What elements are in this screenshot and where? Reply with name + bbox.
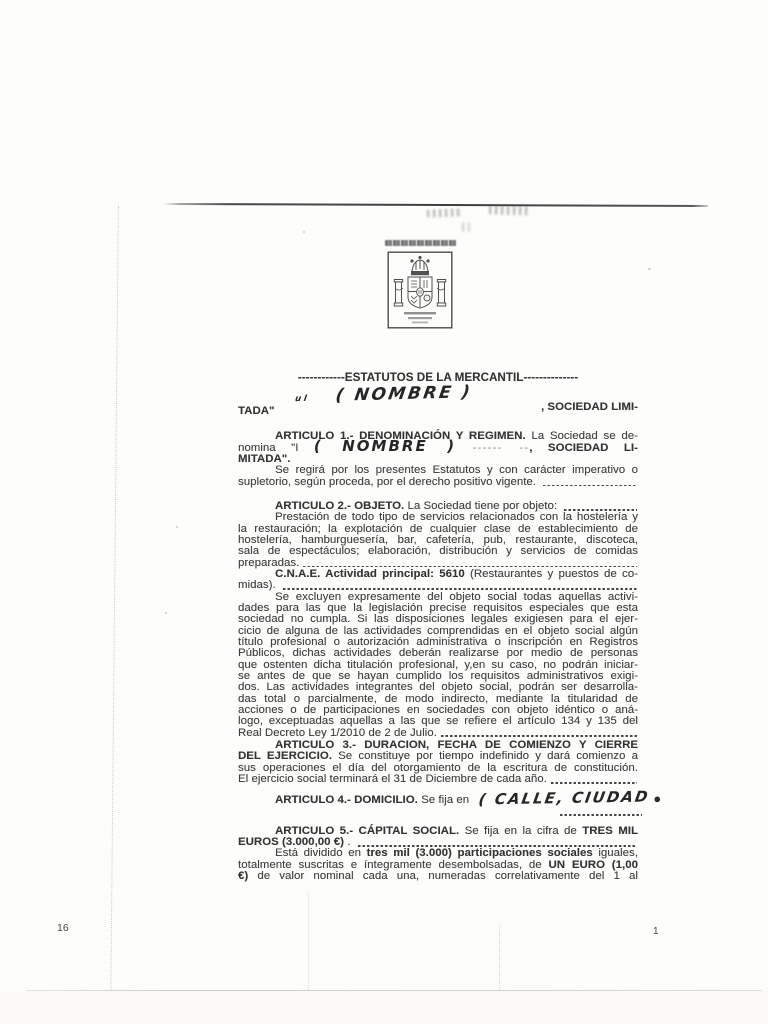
text-segment: sus operaciones el día del otorgamiento … (238, 762, 638, 774)
text-segment: sala de espectáculos; elaboración, distr… (238, 545, 638, 557)
text-segment: Real Decreto Ley 1/2010 de 2 de Julio. (238, 728, 437, 739)
subtitle-line: TADA" ul ( NOMBRE ) , SOCIEDAD LIMI- (238, 402, 638, 414)
text-segment: Se constituye por tiempo indefinido y da… (332, 750, 638, 762)
text-segment: El ejercicio social terminará el 31 de D… (238, 774, 547, 785)
dash-fill-line (543, 485, 637, 487)
text-line: Se regirá por los presentes Estatutos y … (238, 465, 638, 476)
text-segment: dades para las que la legislación precis… (238, 602, 638, 614)
scan-smudge (489, 205, 531, 215)
text-segment: Está dividido en (275, 847, 367, 859)
stamp-caption-smudge (385, 240, 457, 246)
text-segment: DEL EJERCICIO. (238, 750, 332, 762)
text-segment: TRES MIL (582, 825, 638, 837)
text-segment: das total o parcialmente, de modo indire… (238, 693, 638, 705)
text-line: Real Decreto Ley 1/2010 de 2 de Julio. (238, 728, 638, 739)
scan-edge-line-top (163, 203, 708, 207)
text-line: El ejercicio social terminará el 31 de D… (238, 774, 638, 785)
text-line (238, 807, 638, 818)
text-segment: (Restaurantes y puestos de co- (465, 568, 638, 580)
handwritten-text: ( CALLE, CIUDAD (478, 792, 651, 806)
article-paragraph: ARTICULO 5.- CÁPITAL SOCIAL. Se fija en … (238, 826, 638, 883)
text-segment: La Sociedad se de- (526, 430, 638, 442)
text-segment: la restauración; la explotación de cualq… (238, 523, 638, 535)
scan-smudge (462, 222, 470, 232)
article-paragraph: ARTICULO 3.- DURACION, FECHA DE COMIENZO… (238, 740, 638, 785)
text-segment: , SOCIEDAD LI- (529, 442, 638, 454)
text-segment: cicio de alguna de las actividades compr… (238, 625, 638, 637)
page-number-right: 1 (653, 926, 659, 937)
text-line: ARTICULO 4.- DOMICILIO. Se fija en( CALL… (238, 795, 638, 806)
text-segment: €) (238, 870, 248, 882)
text-segment: Prestación de todo tipo de servicios rel… (275, 511, 638, 523)
text-segment: Se fija en (418, 795, 469, 806)
text-segment: se antes de que se hayan cumplido los re… (238, 670, 638, 682)
text-segment: logo, exceptuadas aquellas a las que se … (238, 715, 638, 727)
scan-speck (648, 268, 651, 270)
spanish-coat-of-arms-stamp-icon (387, 251, 453, 329)
text-segment: Públicos, dichas actividades deberán rea… (238, 647, 638, 659)
text-segment: Se excluyen expresamente del objeto soci… (275, 591, 638, 603)
handwritten-mark: ul (294, 394, 310, 406)
text-segment: UN EURO (1,00 (549, 859, 639, 871)
text-segment: ARTICULO 4.- DOMICILIO. (275, 795, 418, 806)
text-segment: ------ -- (456, 442, 529, 454)
scan-speck (165, 612, 167, 614)
scan-speck (303, 231, 305, 233)
text-segment: sociedad no cumpla. Si las disposiciones… (238, 613, 638, 625)
subtitle-sociedad: , SOCIEDAD LIMI- (541, 402, 638, 413)
text-line: nomina "I ( NOMBRE ) ------ --, SOCIEDAD… (238, 443, 638, 454)
text-segment: de valor nominal cada una, numeradas cor… (248, 870, 638, 882)
page-number-left: 16 (57, 922, 69, 934)
dash-fill-line (560, 814, 642, 816)
text-line: C.N.A.E. Actividad principal: 5610 (Rest… (238, 569, 638, 580)
text-line: sala de espectáculos; elaboración, distr… (238, 546, 638, 557)
scan-speck (176, 526, 178, 528)
text-segment: supletorio, según proceda, por el derech… (238, 477, 539, 488)
scan-smudge (427, 208, 463, 217)
text-segment: que ostenten dicha titulación profesiona… (238, 659, 638, 671)
scan-edge-line-bottom (26, 990, 762, 991)
text-segment: ARTICULO 3.- DURACION, FECHA DE COMIENZO… (275, 739, 638, 751)
text-segment: acciones o de participaciones en socieda… (238, 704, 638, 716)
text-segment: título profesional o autorización admini… (238, 636, 638, 648)
text-segment: Se fija en la cifra de (459, 825, 582, 837)
scan-bottom-strip (0, 991, 768, 1024)
text-line: supletorio, según proceda, por el derech… (238, 477, 638, 488)
text-line: logo, exceptuadas aquellas a las que se … (238, 716, 638, 727)
text-segment: nomina "I (238, 442, 314, 454)
document-body: ------------ESTATUTOS DE LA MERCANTIL---… (238, 372, 638, 882)
text-segment: dos. Las actividades integrantes del obj… (238, 681, 638, 693)
text-segment: Se regirá por los presentes Estatutos y … (275, 464, 638, 476)
document-title: ------------ESTATUTOS DE LA MERCANTIL---… (238, 372, 638, 383)
article-paragraph: ARTICULO 2.- OBJETO. La Sociedad tiene p… (238, 501, 638, 739)
article-paragraph: ARTICULO 4.- DOMICILIO. Se fija en( CALL… (238, 795, 638, 818)
article-paragraph: ARTICULO 1.- DENOMINACIÓN Y REGIMEN. La … (238, 431, 638, 488)
handwritten-text: ( NOMBRE ) (314, 437, 456, 455)
text-line: €) de valor nominal cada una, numeradas … (238, 871, 638, 882)
fold-line-left (110, 206, 119, 1012)
text-segment: iguales, (593, 847, 638, 859)
subtitle-tada: TADA" (238, 406, 274, 417)
articles-container: ARTICULO 1.- DENOMINACIÓN Y REGIMEN. La … (238, 431, 638, 882)
dash-fill-line (441, 735, 637, 737)
text-segment: totalmente suscritas e íntegramente dese… (238, 859, 549, 871)
text-segment: midas). (238, 580, 279, 591)
text-segment: ARTICULO 5.- CÁPITAL SOCIAL. (275, 825, 459, 837)
text-segment: hostelería, hamburguesería, bar, cafeter… (238, 534, 638, 546)
handwritten-nombre: ( NOMBRE ) (335, 388, 473, 403)
dash-fill-line (551, 782, 637, 784)
text-segment: C.N.A.E. Actividad principal: 5610 (275, 568, 465, 580)
text-segment: tres mil (3.000) participaciones sociale… (367, 847, 593, 859)
